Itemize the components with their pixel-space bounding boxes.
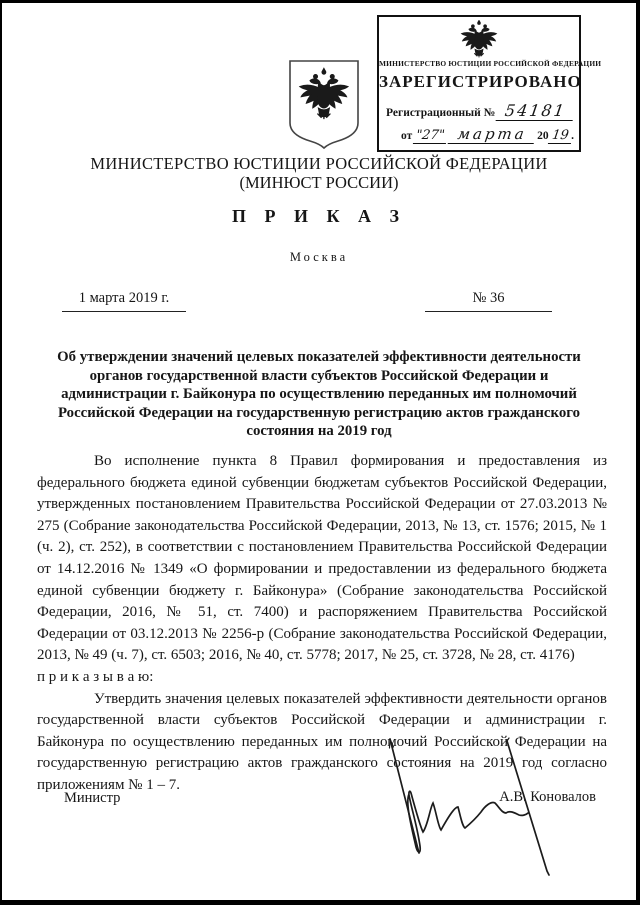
- stamp-ministry-line: МИНИСТЕРСТВО ЮСТИЦИИ РОССИЙСКОЙ ФЕДЕРАЦИ…: [379, 59, 579, 68]
- stamp-date-month: марта: [447, 125, 536, 144]
- stamp-date-year-handwritten: 19: [547, 128, 572, 144]
- stamp-registration-number-line: Регистрационный № 54181: [386, 101, 574, 121]
- ministry-short-name: (МИНЮСТ РОССИИ): [2, 173, 636, 193]
- signer-title: Министр: [64, 790, 120, 807]
- document-date: 1 марта 2019 г.: [62, 290, 186, 312]
- ministry-name: МИНИСТЕРСТВО ЮСТИЦИИ РОССИЙСКОЙ ФЕДЕРАЦИ…: [2, 154, 636, 174]
- stamp-reg-number-label: Регистрационный №: [386, 107, 495, 119]
- document-body: Во исполнение пункта 8 Правил формирован…: [37, 451, 607, 797]
- stamp-registered-label: ЗАРЕГИСТРИРОВАНО: [379, 72, 579, 92]
- stamp-date-year-printed: 20: [537, 130, 549, 142]
- decree-word: п р и к а з ы в а ю:: [37, 667, 607, 689]
- double-headed-eagle-icon: [458, 20, 500, 58]
- stamp-date-from-label: от: [401, 130, 412, 142]
- stamp-reg-number-value: 54181: [496, 101, 576, 121]
- signer-name: А.В. Коновалов: [499, 789, 596, 806]
- city-label: Москва: [2, 250, 636, 265]
- registration-stamp: МИНИСТЕРСТВО ЮСТИЦИИ РОССИЙСКОЙ ФЕДЕРАЦИ…: [377, 15, 581, 152]
- stamp-date-line: от "27" марта 20 19 .: [401, 125, 574, 144]
- body-paragraph-2: Утвердить значения целевых показателей э…: [37, 689, 607, 797]
- double-headed-eagle-shield-icon: [288, 59, 360, 151]
- document-page: МИНИСТЕРСТВО ЮСТИЦИИ РОССИЙСКОЙ ФЕДЕРАЦИ…: [0, 0, 640, 905]
- document-type-title: П Р И К А З: [2, 206, 636, 227]
- document-subject: Об утверждении значений целевых показате…: [40, 348, 598, 441]
- document-number: № 36: [425, 290, 552, 312]
- coat-of-arms: [288, 59, 360, 151]
- body-paragraph-1: Во исполнение пункта 8 Правил формирован…: [37, 451, 607, 667]
- stamp-date-day: "27": [413, 128, 448, 144]
